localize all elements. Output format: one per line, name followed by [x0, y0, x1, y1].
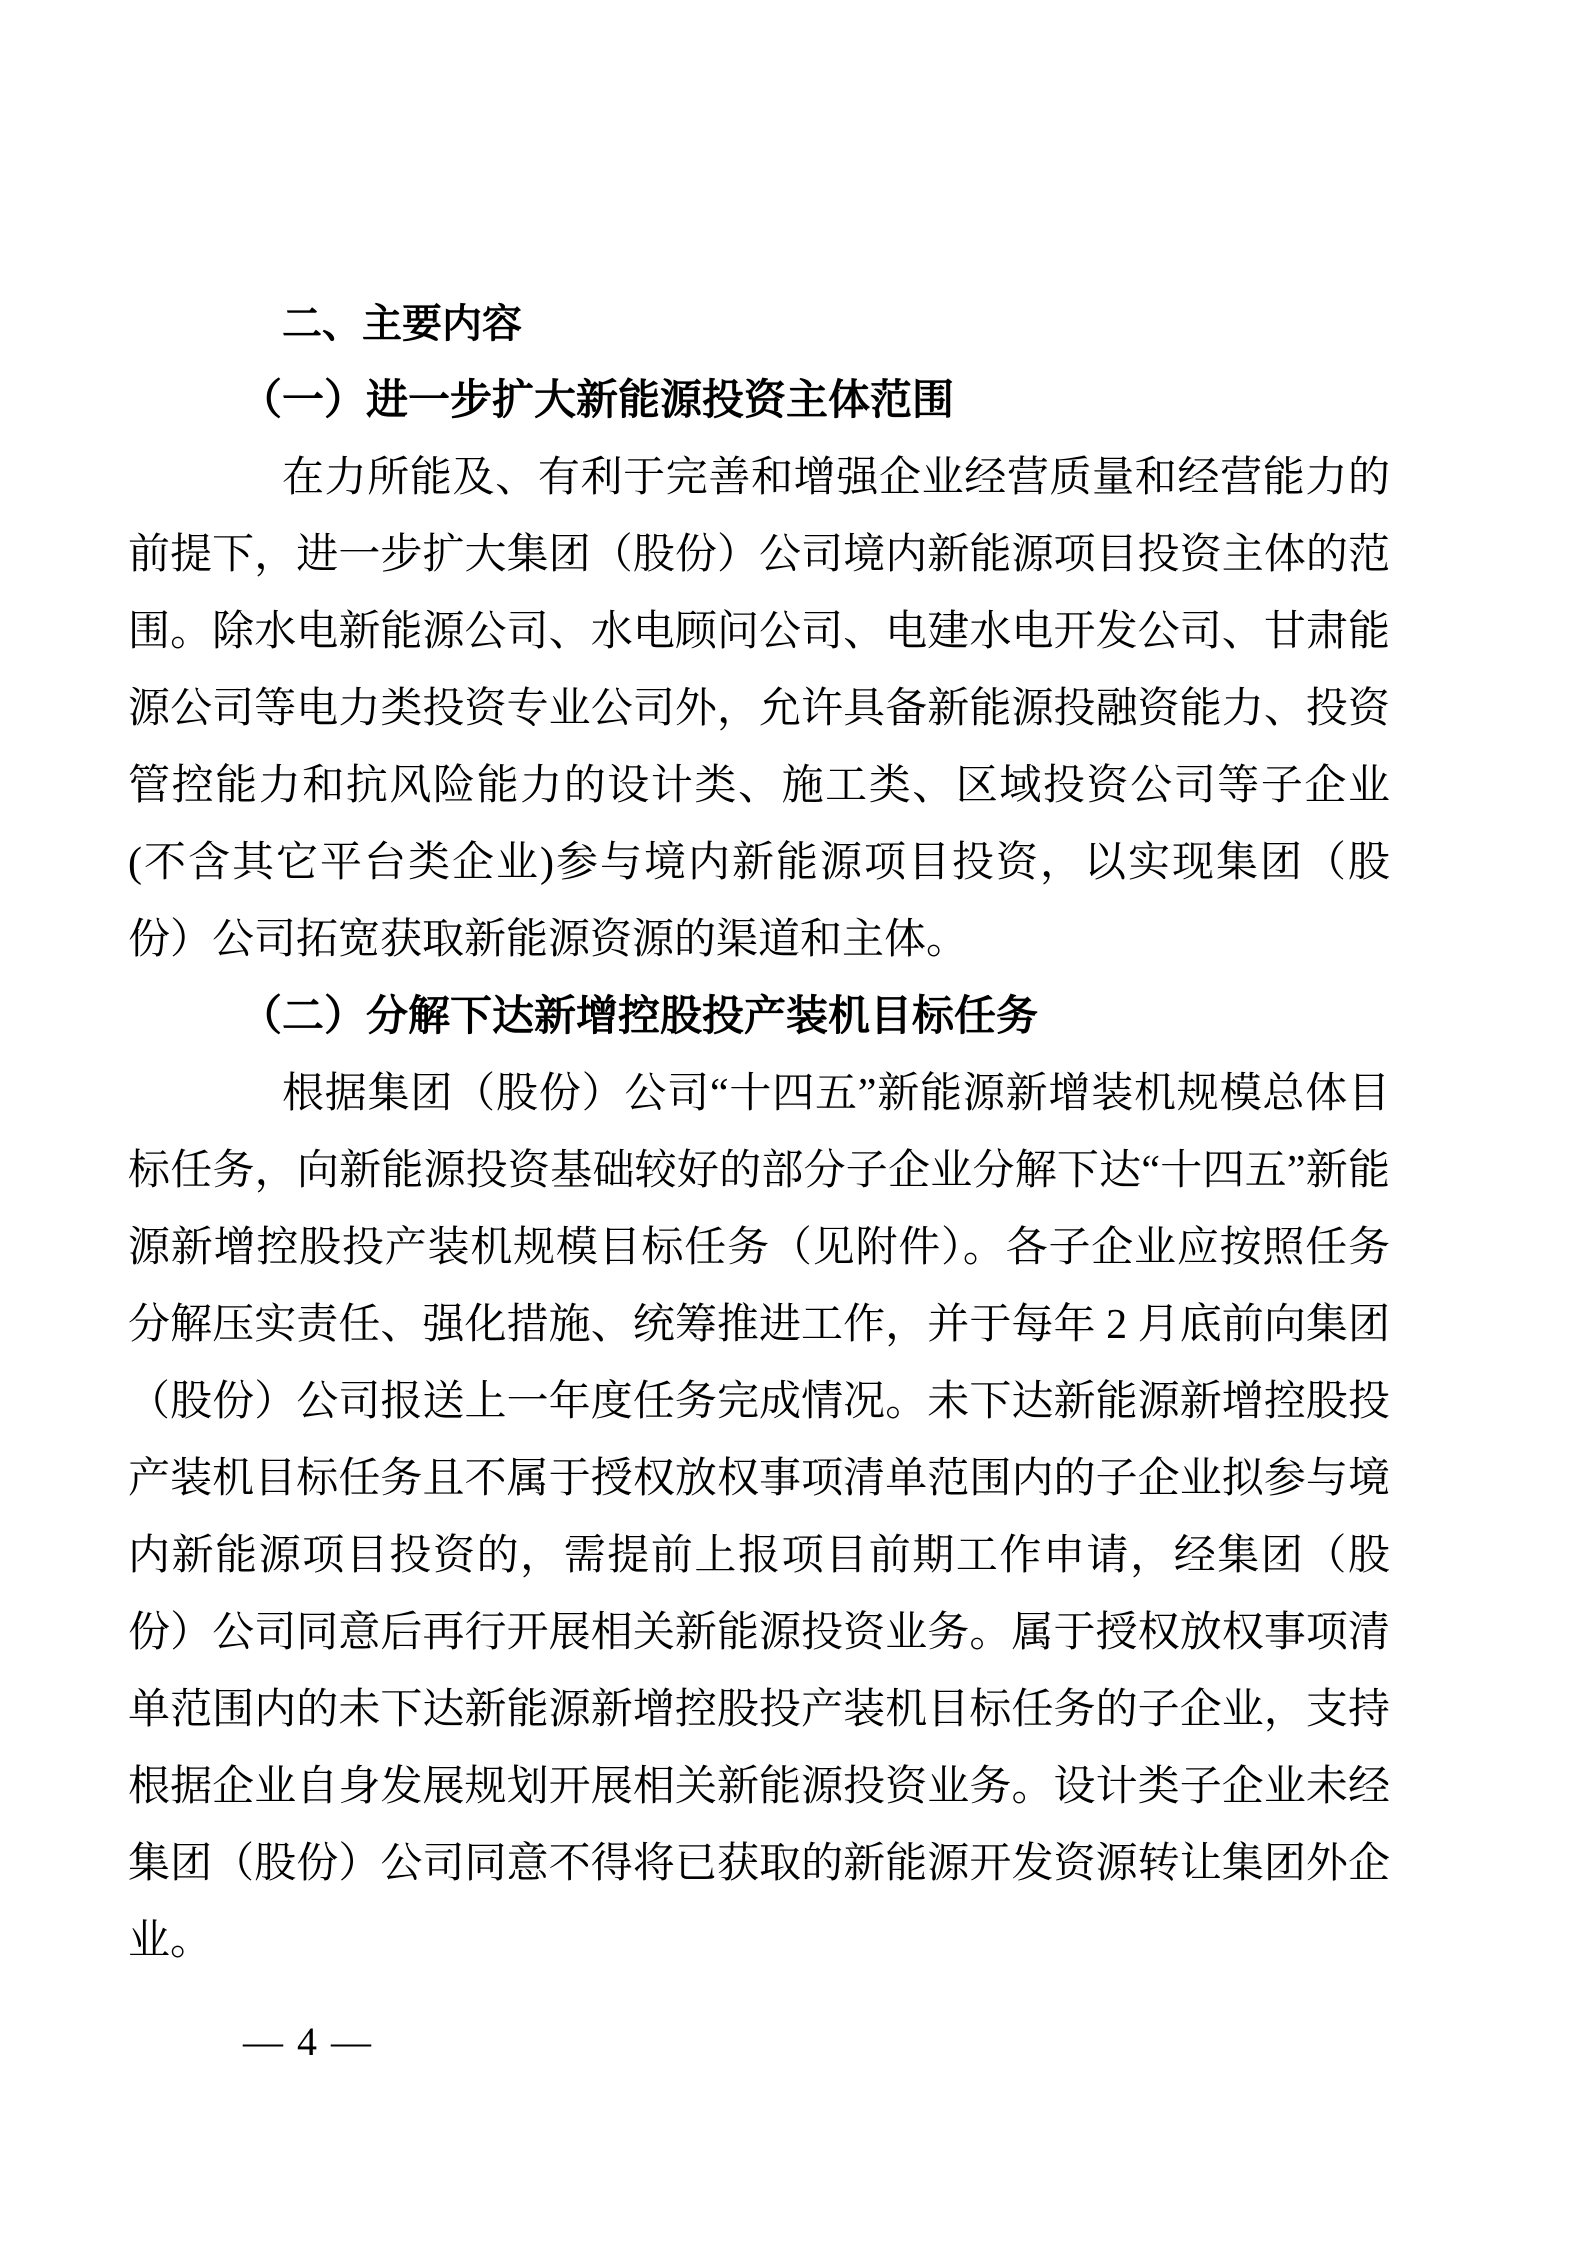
subsection-1-heading: （一）进一步扩大新能源投资主体范围: [240, 363, 1390, 440]
document-page: 二、主要内容 （一）进一步扩大新能源投资主体范围 在力所能及、有利于完善和增强企…: [0, 0, 1587, 2245]
page-number-footer: — 4 —: [243, 2022, 373, 2062]
subsection-2-paragraph: 根据集团（股份）公司“十四五”新能源新增装机规模总体目标任务，向新能源投资基础较…: [128, 1056, 1390, 1980]
subsection-1-paragraph: 在力所能及、有利于完善和增强企业经营质量和经营能力的前提下，进一步扩大集团（股份…: [128, 440, 1390, 979]
subsection-2-heading: （二）分解下达新增控股投产装机目标任务: [240, 979, 1390, 1056]
section-heading: 二、主要内容: [282, 286, 1390, 363]
